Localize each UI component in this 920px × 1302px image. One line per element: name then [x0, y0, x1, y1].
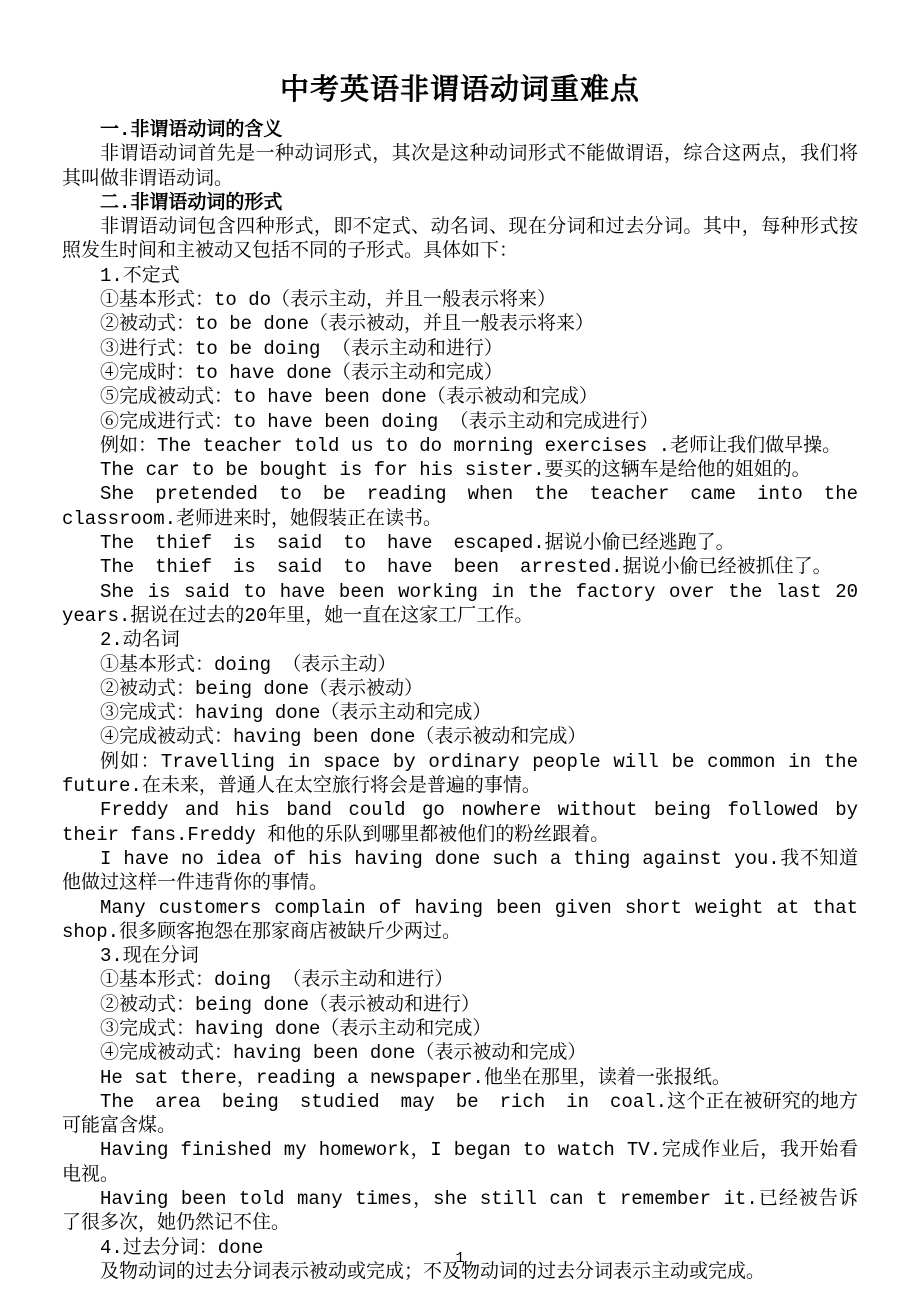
- form-item: ⑤完成被动式：to have been done（表示被动和完成）: [62, 385, 858, 409]
- form-item: ①基本形式：to do（表示主动，并且一般表示将来）: [62, 288, 858, 312]
- section-heading: 一.非谓语动词的含义: [62, 118, 858, 142]
- form-item: ②被动式：being done（表示被动和进行）: [62, 993, 858, 1017]
- example-sentence: He sat there，reading a newspaper.他坐在那里，读…: [62, 1066, 858, 1090]
- form-item: ③进行式：to be doing （表示主动和进行）: [62, 337, 858, 361]
- example-sentence: The thief is said to have escaped.据说小偷已经…: [62, 531, 858, 555]
- example-sentence: Having been told many times，she still ca…: [62, 1187, 858, 1236]
- paragraph: 非谓语动词首先是一种动词形式，其次是这种动词形式不能做谓语，综合这两点，我们将其…: [62, 142, 858, 191]
- example-sentence: I have no idea of his having done such a…: [62, 847, 858, 896]
- example-sentence: The thief is said to have been arrested.…: [62, 555, 858, 579]
- example-sentence: She pretended to be reading when the tea…: [62, 482, 858, 531]
- example-sentence: Having finished my homework，I began to w…: [62, 1138, 858, 1187]
- document-page: 中考英语非谓语动词重难点 一.非谓语动词的含义 非谓语动词首先是一种动词形式，其…: [0, 0, 920, 1284]
- form-item: ③完成式：having done（表示主动和完成）: [62, 701, 858, 725]
- example-sentence: 例如：The teacher told us to do morning exe…: [62, 434, 858, 458]
- form-item: ①基本形式：doing （表示主动）: [62, 653, 858, 677]
- example-sentence: 例如：Travelling in space by ordinary peopl…: [62, 750, 858, 799]
- example-sentence: The area being studied may be rich in co…: [62, 1090, 858, 1139]
- form-item: ④完成时：to have done（表示主动和完成）: [62, 361, 858, 385]
- example-sentence: Freddy and his band could go nowhere wit…: [62, 798, 858, 847]
- section-heading: 二.非谓语动词的形式: [62, 191, 858, 215]
- document-title: 中考英语非谓语动词重难点: [62, 74, 858, 110]
- form-item: ③完成式：having done（表示主动和完成）: [62, 1017, 858, 1041]
- subsection-heading: 2.动名词: [62, 628, 858, 652]
- page-number: 1: [0, 1250, 920, 1268]
- form-item: ④完成被动式：having been done（表示被动和完成）: [62, 1041, 858, 1065]
- example-sentence: The car to be bought is for his sister.要…: [62, 458, 858, 482]
- subsection-heading: 1.不定式: [62, 264, 858, 288]
- form-item: ④完成被动式：having been done（表示被动和完成）: [62, 725, 858, 749]
- form-item: ②被动式：to be done（表示被动，并且一般表示将来）: [62, 312, 858, 336]
- form-item: ⑥完成进行式：to have been doing （表示主动和完成进行）: [62, 410, 858, 434]
- example-sentence: Many customers complain of having been g…: [62, 896, 858, 945]
- example-sentence: She is said to have been working in the …: [62, 580, 858, 629]
- form-item: ①基本形式：doing （表示主动和进行）: [62, 968, 858, 992]
- form-item: ②被动式：being done（表示被动）: [62, 677, 858, 701]
- subsection-heading: 3.现在分词: [62, 944, 858, 968]
- paragraph: 非谓语动词包含四种形式，即不定式、动名词、现在分词和过去分词。其中，每种形式按照…: [62, 215, 858, 264]
